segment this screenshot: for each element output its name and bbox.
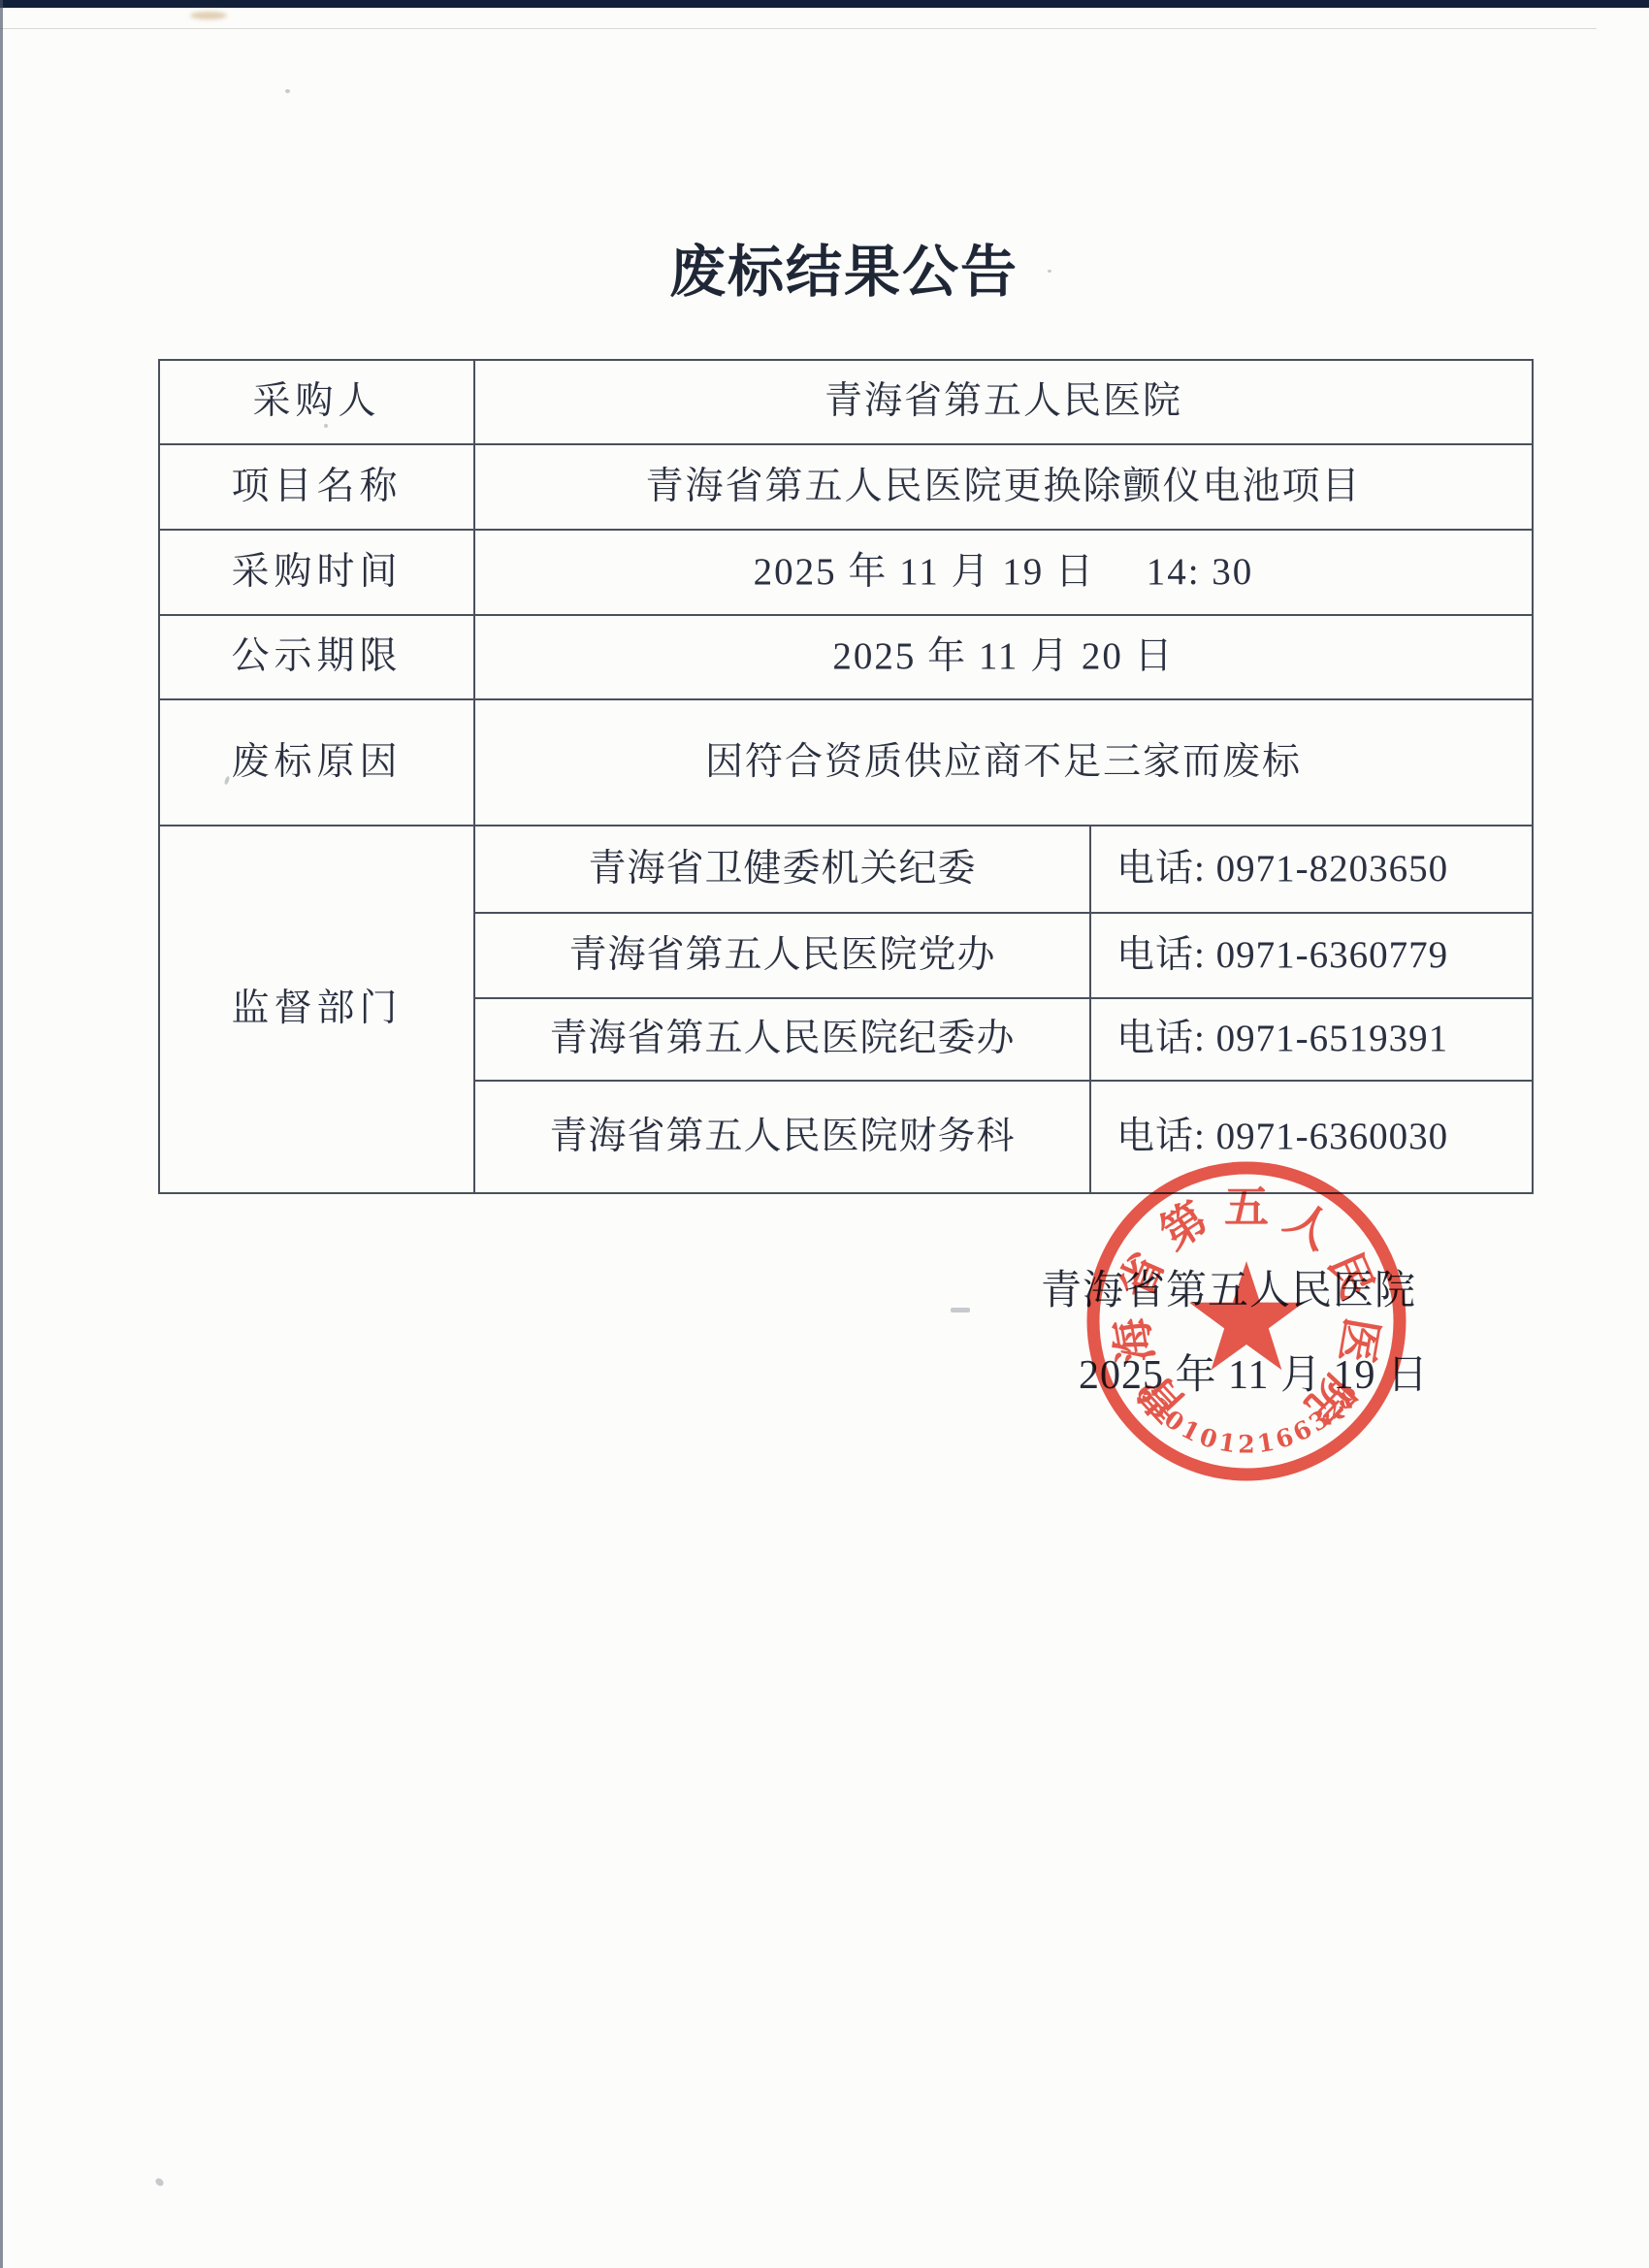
supervision-org-3: 青海省第五人民医院纪委办 (475, 999, 1091, 1082)
scan-edge-strip (0, 0, 1649, 8)
row-label-cancel-reason: 废标原因 (160, 700, 475, 826)
row-value-project-name: 青海省第五人民医院更换除颤仪电池项目 (475, 445, 1532, 531)
supervision-label: 监督部门 (160, 826, 475, 1192)
supervision-phone-2: 电话: 0971-6360779 (1091, 914, 1532, 999)
signature-org: 青海省第五人民医院 (1041, 1258, 1416, 1316)
supervision-phone-3: 电话: 0971-6519391 (1091, 999, 1532, 1082)
row-value-purchase-time: 2025 年 11 月 19 日 14: 30 (475, 531, 1532, 616)
supervision-org-4: 青海省第五人民医院财务科 (475, 1082, 1091, 1192)
scan-speck (154, 2177, 165, 2187)
official-seal-stamp: 青海省第五人民医院 6301012166326 (1014, 1088, 1479, 1554)
svg-text:五: 五 (1224, 1181, 1269, 1233)
svg-text:1: 1 (1216, 1428, 1238, 1458)
row-value-cancel-reason: 因符合资质供应商不足三家而废标 (475, 700, 1532, 826)
seal-icon: 青海省第五人民医院 6301012166326 (1014, 1088, 1479, 1554)
announcement-table: 采购人 青海省第五人民医院 项目名称 青海省第五人民医院更换除颤仪电池项目 采购… (158, 359, 1534, 1194)
supervision-org-2: 青海省第五人民医院党办 (475, 914, 1091, 999)
supervision-org-1: 青海省卫健委机关纪委 (475, 826, 1091, 914)
row-value-purchaser: 青海省第五人民医院 (475, 361, 1532, 445)
row-label-purchase-time: 采购时间 (160, 531, 475, 616)
scan-speck (951, 1308, 970, 1312)
scan-smudge (190, 12, 227, 19)
row-label-project-name: 项目名称 (160, 445, 475, 531)
signature-date: 2025 年 11 月 19 日 (1079, 1343, 1429, 1401)
row-label-publicity-period: 公示期限 (160, 616, 475, 700)
scan-fold-line (0, 28, 1597, 29)
svg-text:2: 2 (1238, 1431, 1254, 1459)
supervision-phone-1: 电话: 0971-8203650 (1091, 826, 1532, 914)
row-value-publicity-period: 2025 年 11 月 20 日 (475, 616, 1532, 700)
row-label-purchaser: 采购人 (160, 361, 475, 445)
scan-speck (285, 89, 290, 93)
page-title: 废标结果公告 (158, 226, 1530, 308)
scan-left-edge (0, 0, 3, 2268)
